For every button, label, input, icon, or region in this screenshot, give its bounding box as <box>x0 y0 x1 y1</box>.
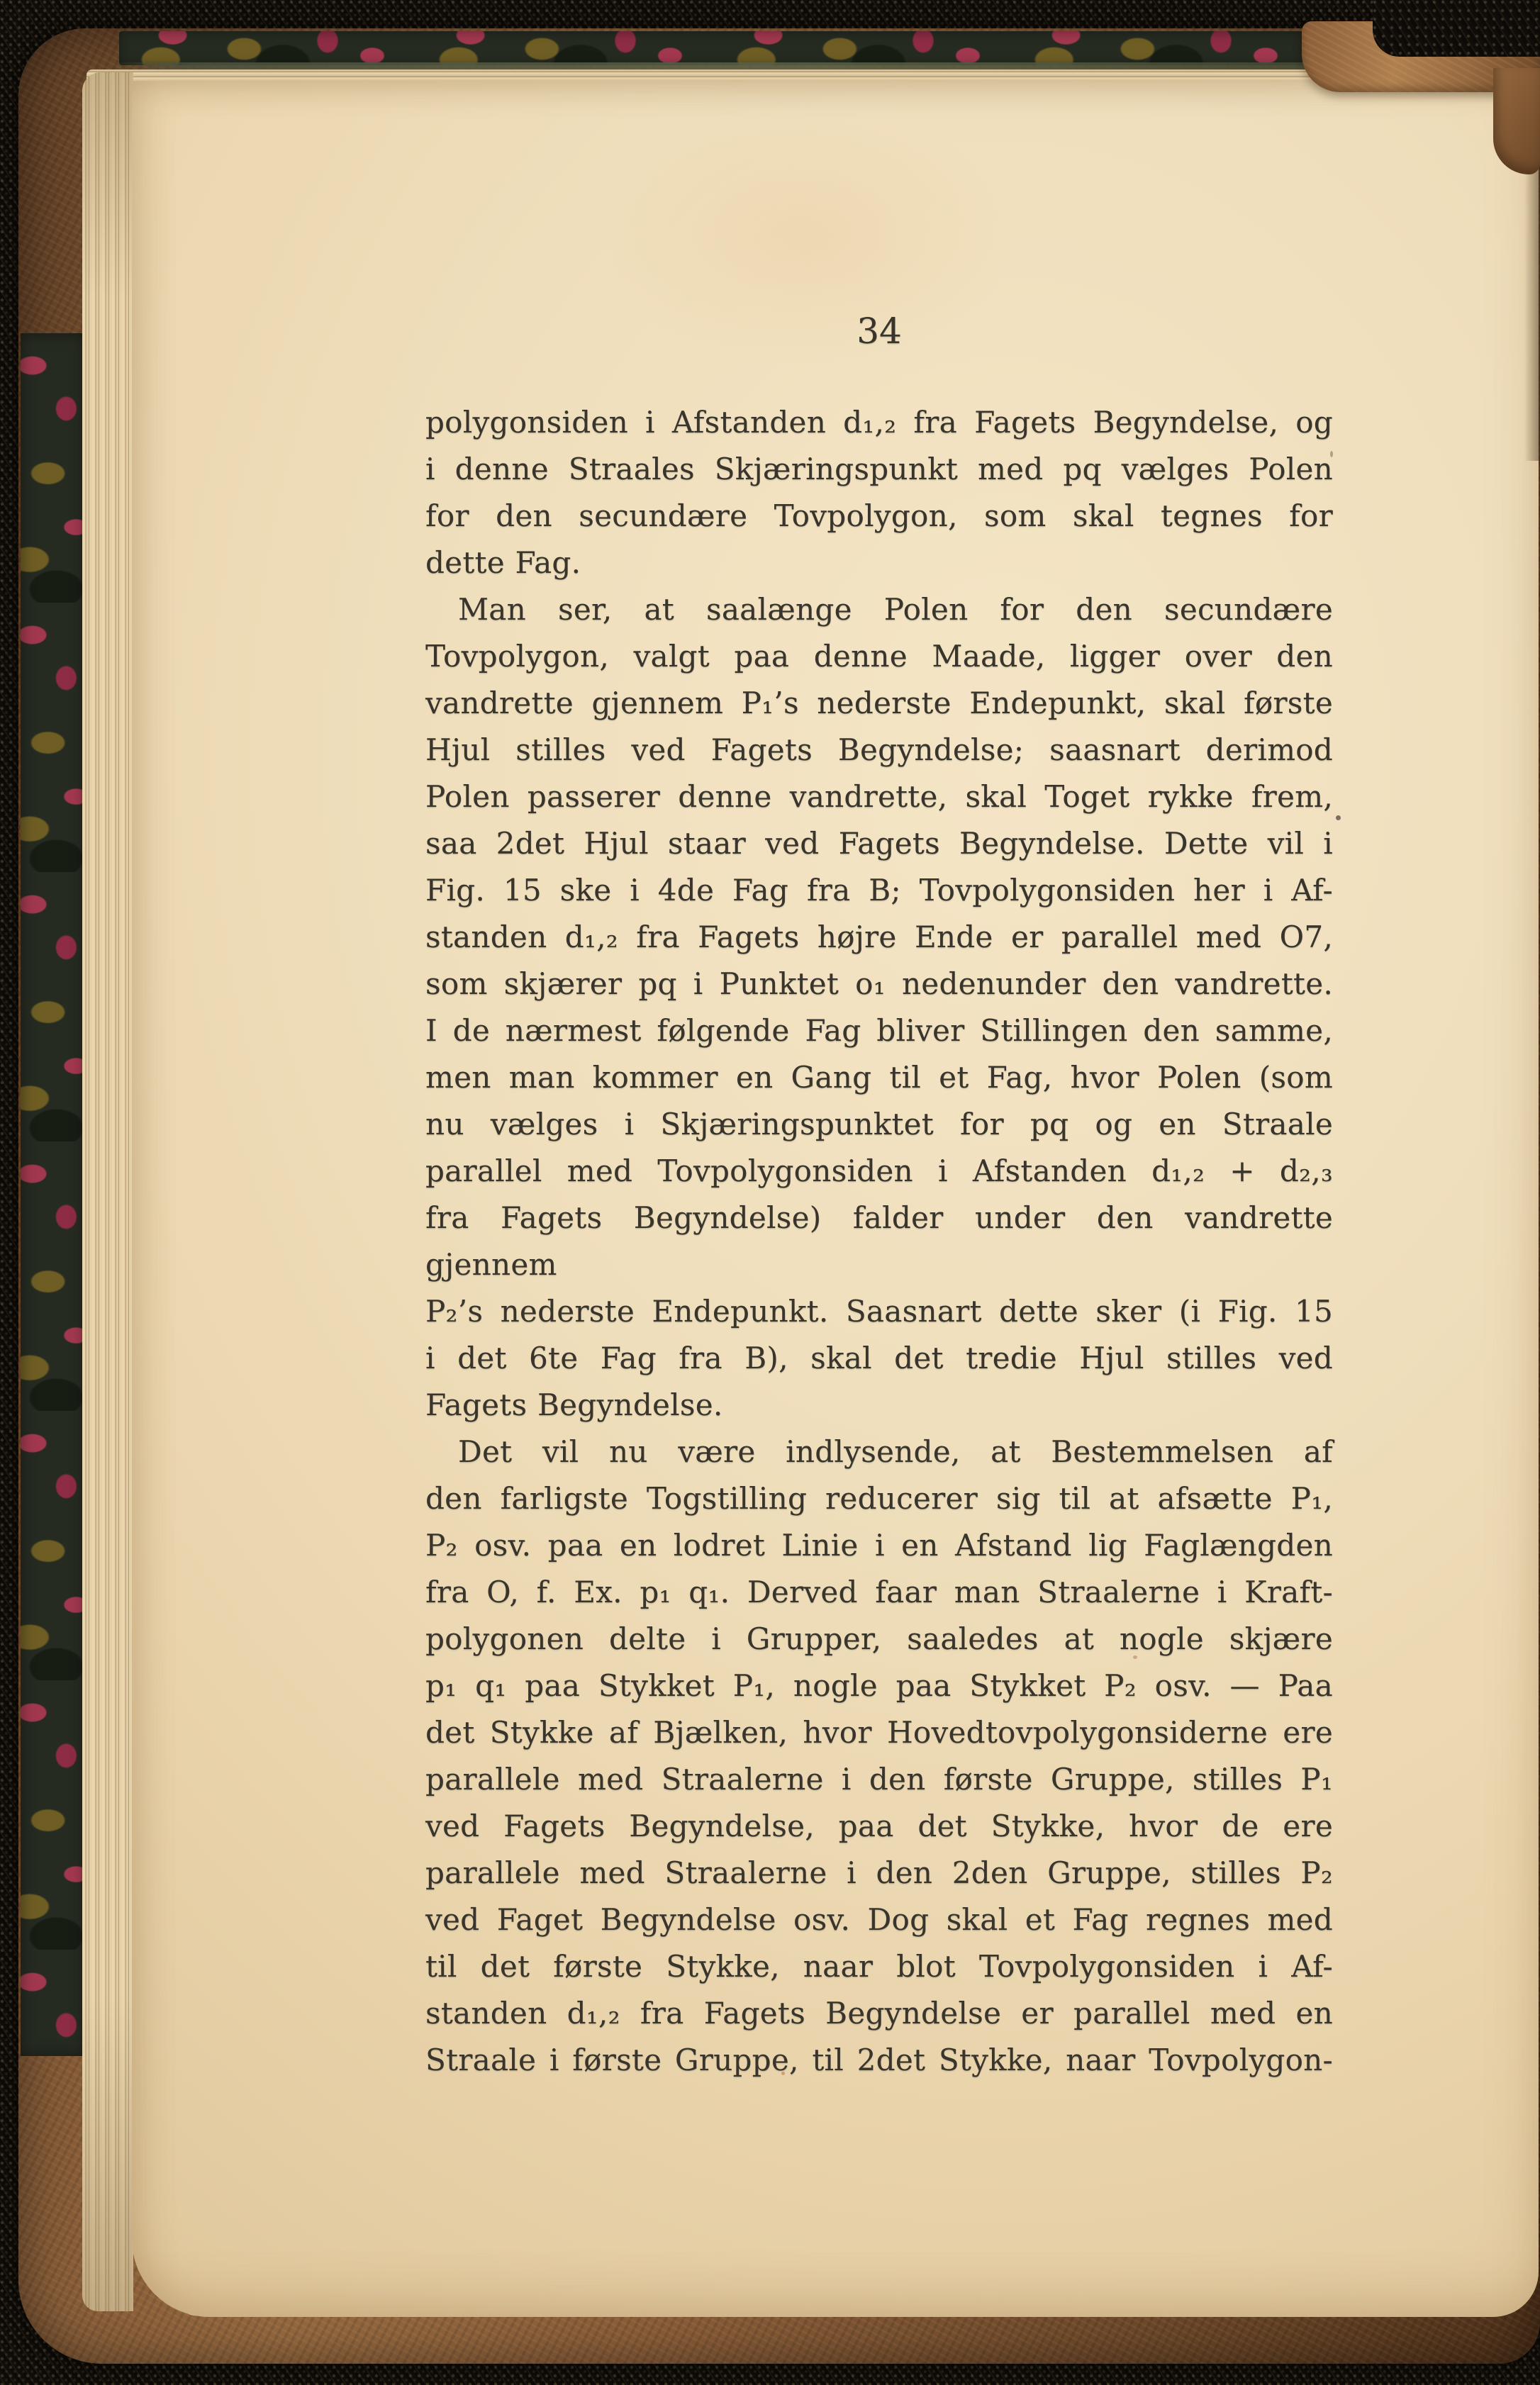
text-line: fra Fagets Begyndelse) falder under den … <box>425 1195 1333 1288</box>
text-line: for den secundære Tovpolygon, som skal t… <box>425 493 1333 540</box>
text-line: p₁ q₁ paa Stykket P₁, nogle paa Stykket … <box>425 1663 1333 1709</box>
text-line: Tovpolygon, valgt paa denne Maade, ligge… <box>425 633 1333 680</box>
page-number: 34 <box>425 311 1333 360</box>
text-line: polygonsiden i Afstanden d₁,₂ fra Fagets… <box>425 399 1333 446</box>
text-line: ved Fagets Begyndelse, paa det Stykke, h… <box>425 1803 1333 1850</box>
text-line: Man ser, at saalænge Polen for den secun… <box>425 586 1333 633</box>
worn-leather-right-edge <box>1493 68 1540 174</box>
text-line: saa 2det Hjul staar ved Fagets Begyndels… <box>425 820 1333 867</box>
text-line: Fig. 15 ske i 4de Fag fra B; Tovpolygons… <box>425 867 1333 914</box>
fabric-corner-top-right <box>1373 0 1540 57</box>
text-line: dette Fag. <box>425 540 1333 586</box>
text-line: Fagets Begyndelse. <box>425 1382 1333 1429</box>
text-line: I de nærmest følgende Fag bliver Stillin… <box>425 1007 1333 1054</box>
text-line: ved Faget Begyndelse osv. Dog skal et Fa… <box>425 1897 1333 1943</box>
text-line: i denne Straales Skjæringspunkt med pq v… <box>425 446 1333 493</box>
stacked-page-edges-left <box>82 72 133 2311</box>
text-line: men man kommer en Gang til et Fag, hvor … <box>425 1054 1333 1101</box>
text-line: standen d₁,₂ fra Fagets Begyndelse er pa… <box>425 1990 1333 2037</box>
text-line: Hjul stilles ved Fagets Begyndelse; saas… <box>425 727 1333 773</box>
text-line: fra O, f. Ex. p₁ q₁. Derved faar man Str… <box>425 1569 1333 1616</box>
text-line: P₂ osv. paa en lodret Linie i en Afstand… <box>425 1522 1333 1569</box>
foxing-speck <box>1330 451 1333 457</box>
text-line: til det første Stykke, naar blot Tovpoly… <box>425 1943 1333 1990</box>
paragraph: Man ser, at saalænge Polen for den secun… <box>425 586 1333 1429</box>
marbled-cover-strip-top <box>119 31 1305 65</box>
text-line: Straale i første Gruppe, til 2det Stykke… <box>425 2037 1333 2084</box>
text-line: parallel med Tovpolygonsiden i Afstanden… <box>425 1148 1333 1195</box>
text-line: som skjærer pq i Punktet o₁ nedenunder d… <box>425 961 1333 1007</box>
text-line: P₂’s nederste Endepunkt. Saasnart dette … <box>425 1288 1333 1335</box>
text-line: parallele med Straalerne i den 2den Grup… <box>425 1850 1333 1897</box>
text-line: parallele med Straalerne i den første Gr… <box>425 1756 1333 1803</box>
text-line: Det vil nu være indlysende, at Bestemmel… <box>425 1429 1333 1475</box>
foxing-speck <box>1133 1655 1137 1659</box>
body-text: polygonsiden i Afstanden d₁,₂ fra Fagets… <box>425 399 1333 2084</box>
foxing-speck <box>1336 815 1341 820</box>
paragraph: polygonsiden i Afstanden d₁,₂ fra Fagets… <box>425 399 1333 586</box>
marbled-cover-strip-left <box>21 333 86 2056</box>
text-line: nu vælges i Skjæringspunktet for pq og e… <box>425 1101 1333 1148</box>
text-line: det Stykke af Bjælken, hvor Hovedtovpoly… <box>425 1709 1333 1756</box>
text-line: polygonen delte i Grupper, saaledes at n… <box>425 1616 1333 1663</box>
text-line: Polen passerer denne vandrette, skal Tog… <box>425 773 1333 820</box>
photo-of-book-page: 34 polygonsiden i Afstanden d₁,₂ fra Fag… <box>0 0 1540 2385</box>
text-line: i det 6te Fag fra B), skal det tredie Hj… <box>425 1335 1333 1382</box>
paragraph: Det vil nu være indlysende, at Bestemmel… <box>425 1429 1333 2084</box>
foxing-speck <box>781 2072 785 2075</box>
text-line: vandrette gjennem P₁’s nederste Endepunk… <box>425 680 1333 727</box>
text-line: den farligste Togstilling reducerer sig … <box>425 1475 1333 1522</box>
text-line: standen d₁,₂ fra Fagets højre Ende er pa… <box>425 914 1333 961</box>
